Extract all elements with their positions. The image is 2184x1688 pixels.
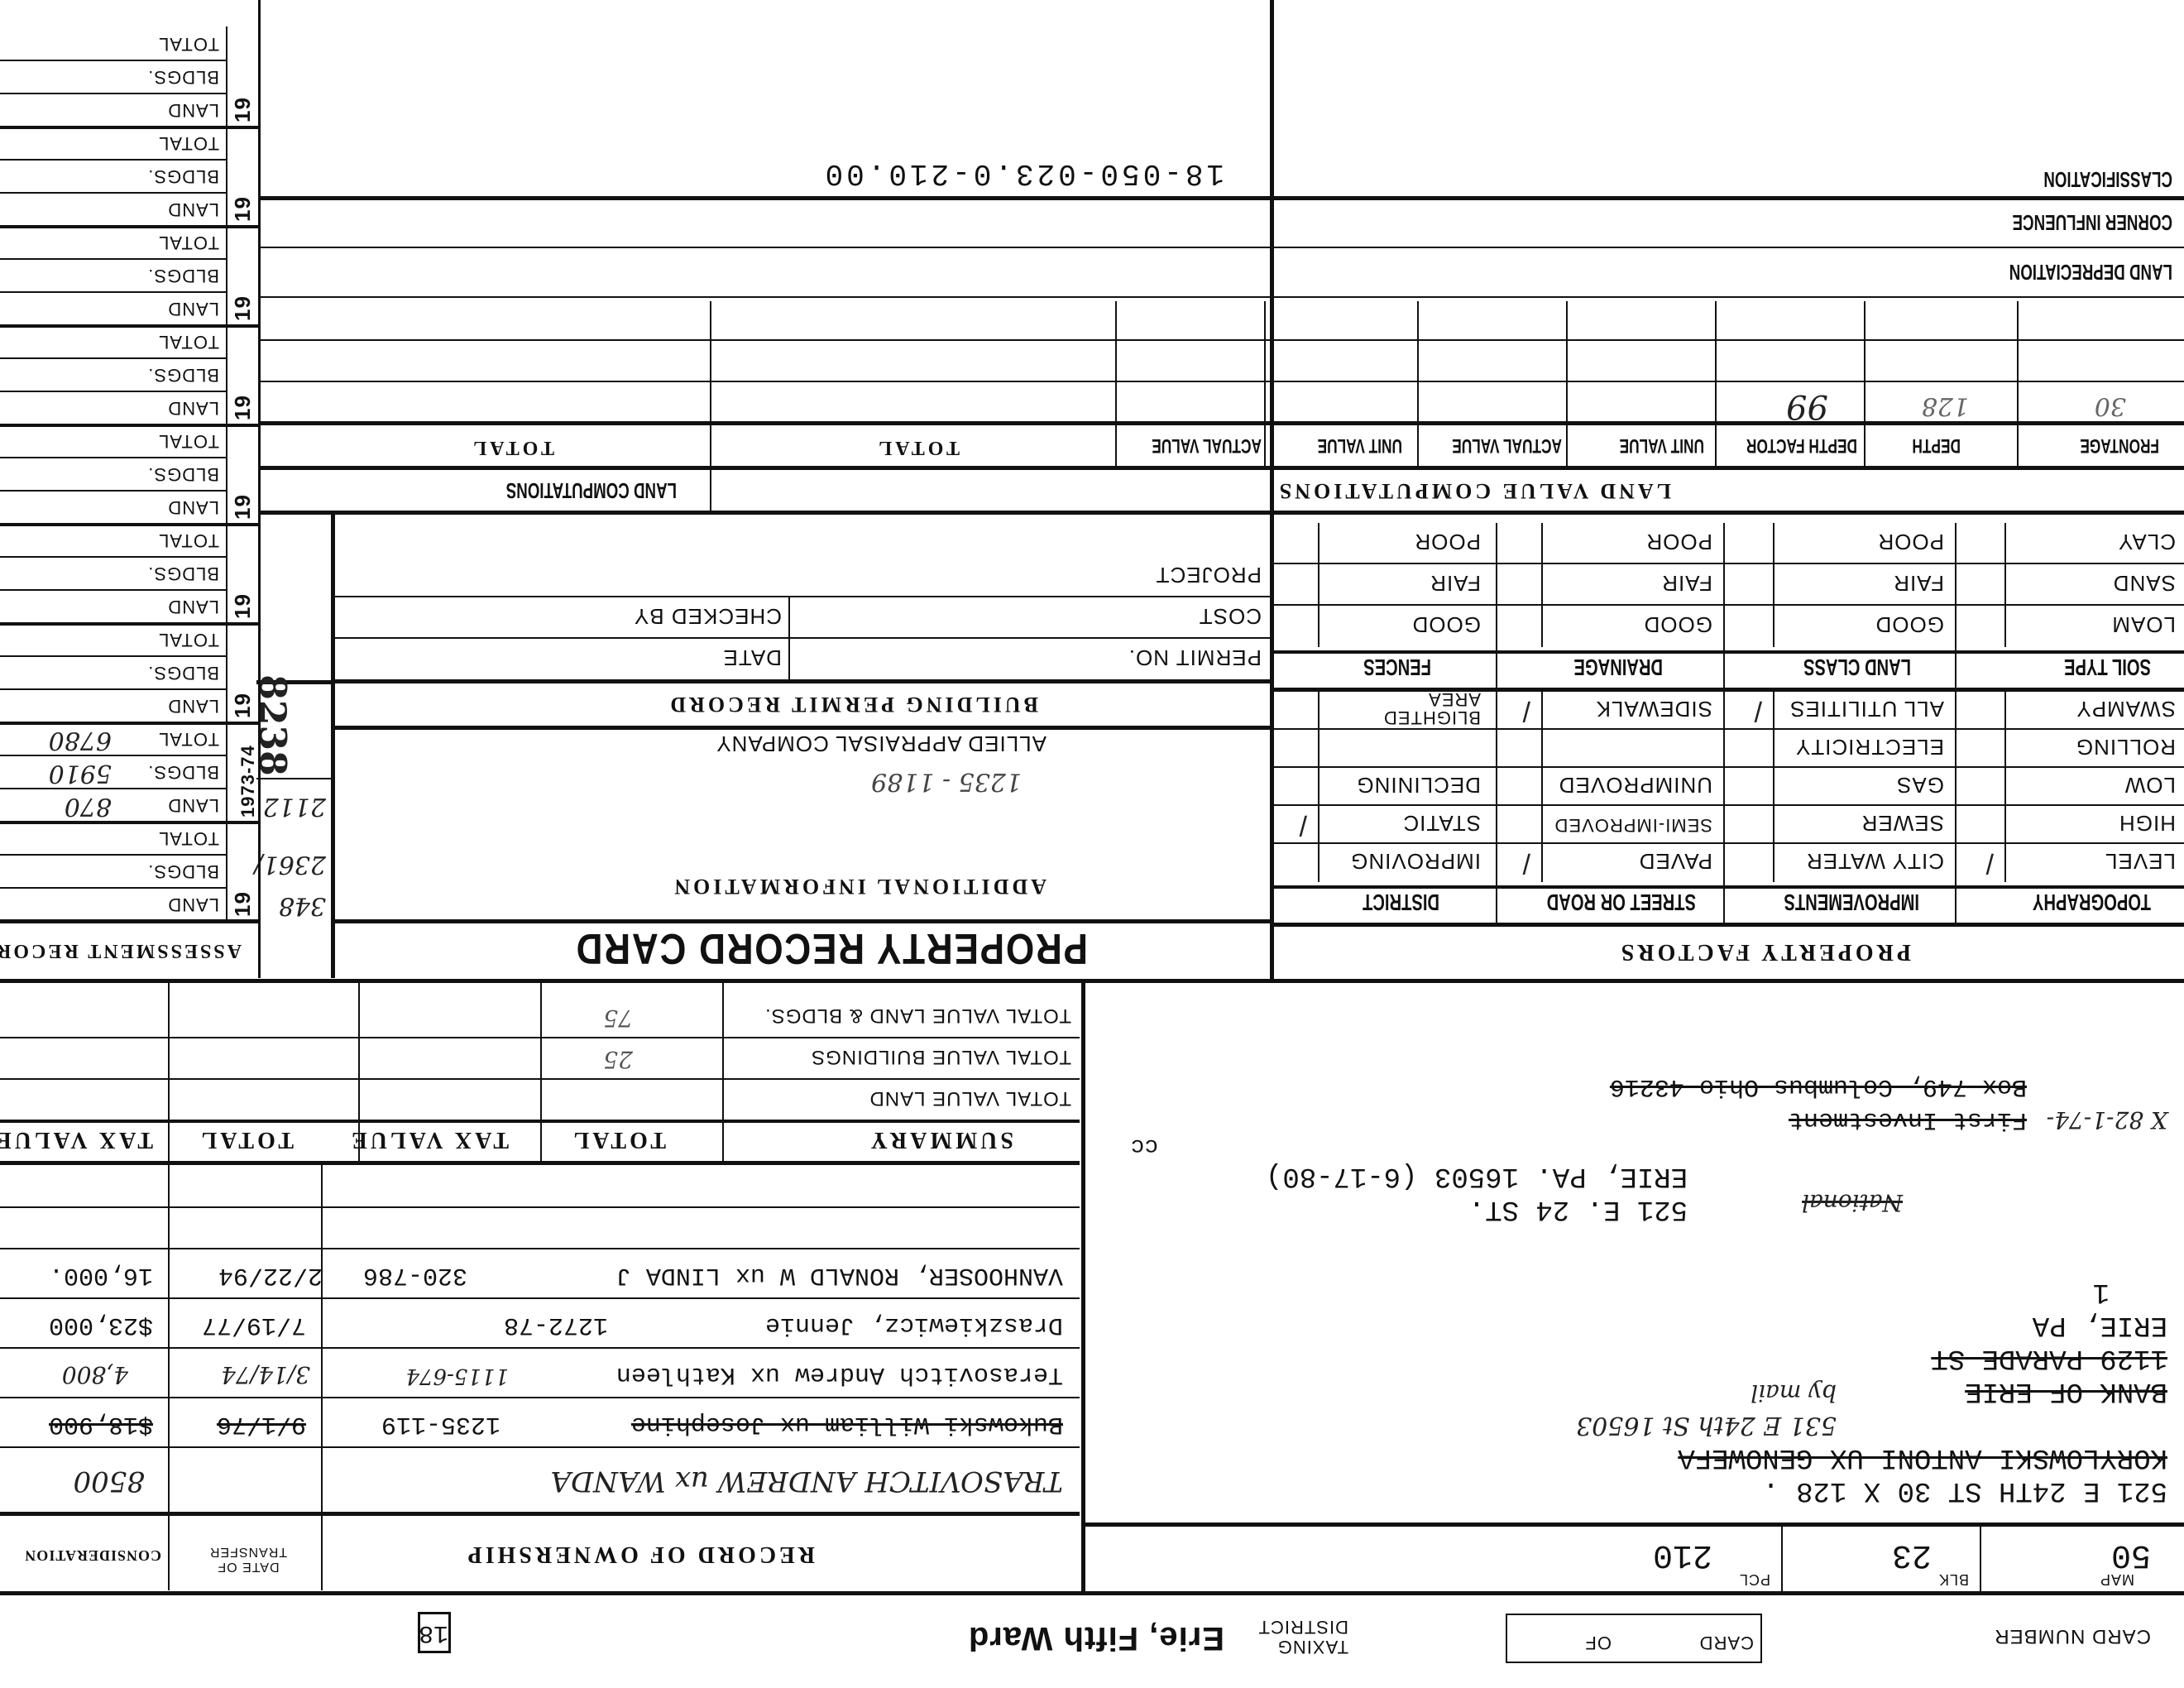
overlay-layer [0,0,2184,1688]
